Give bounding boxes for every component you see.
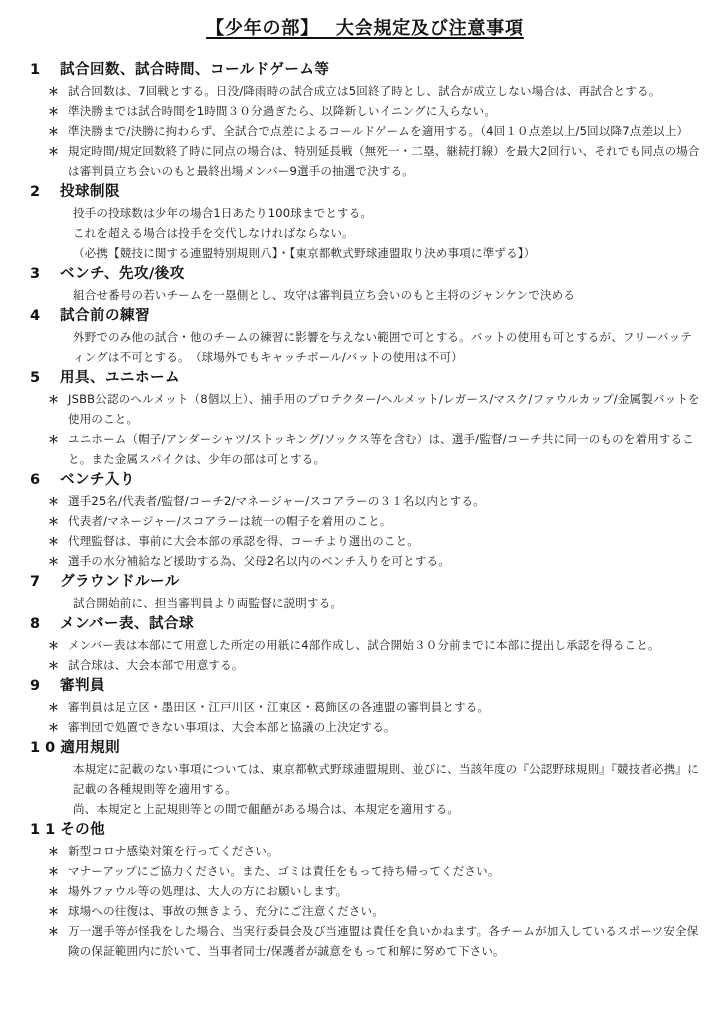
bullet-item: ＊ 万一選手等が怪我をした場合、当実行委員会及び当連盟は責任を負いかねます。各チ… [30, 921, 700, 961]
bullet-item: ＊ JSBB公認のヘルメット（8個以上）、捕手用のプロテクター/ヘルメット/レガ… [30, 389, 700, 429]
item-text: JSBB公認のヘルメット（8個以上）、捕手用のプロテクター/ヘルメット/レガース… [68, 392, 700, 426]
section-title: グラウンドルール [60, 572, 180, 593]
text-item: 本規定に記載のない事項については、東京都軟式野球連盟規則、並びに、当該年度の『公… [30, 759, 700, 799]
document-title: 【少年の部】 大会規定及び注意事項 [30, 14, 700, 40]
section-title: 用具、ユニホーム [60, 368, 180, 389]
section-title: 試合回数、試合時間、コールドゲーム等 [60, 60, 329, 81]
section-heading: 5 用具、ユニホーム [30, 368, 700, 389]
bullet-marker: ＊ [48, 82, 59, 102]
section-title: ベンチ、先攻/後攻 [60, 264, 185, 285]
bullet-marker: ＊ [48, 902, 59, 922]
section-heading: 7 グラウンドルール [30, 572, 700, 593]
bullet-item: ＊ 選手25名/代表者/監督/コーチ2/マネージャー/スコアラーの３１名以内とす… [30, 491, 700, 511]
bullet-marker: ＊ [48, 390, 59, 410]
bullet-item: ＊ 審判員は足立区・墨田区・江戸川区・江東区・葛飾区の各連盟の審判員とする。 [30, 697, 700, 717]
bullet-marker: ＊ [48, 552, 59, 572]
bullet-item: ＊ 選手の水分補給など援助する為、父母2名以内のベンチ入りを可とする。 [30, 551, 700, 571]
item-text: 審判団で処置できない事項は、大会本部と協議の上決定する。 [68, 720, 396, 734]
text-item: 尚、本規定と上記規則等との間で齟齬がある場合は、本規定を適用する。 [30, 799, 700, 819]
item-text: （必携【競技に関する連盟特別規則八】・【東京都軟式野球連盟取り決め事項に準ずる】… [73, 246, 535, 260]
text-item: 投手の投球数は少年の場合1日あたり100球までとする。 [30, 203, 700, 223]
item-text: 準決勝までは試合時間を1時間３０分過ぎたら、以降新しいイニングに入らない。 [68, 104, 496, 118]
section-heading: 9 審判員 [30, 676, 700, 697]
text-item: 外野でのみ他の試合・他のチームの練習に影響を与えない範囲で可とする。バットの使用… [30, 327, 700, 367]
item-text: 尚、本規定と上記規則等との間で齟齬がある場合は、本規定を適用する。 [73, 802, 459, 816]
section-items: ＊ 試合回数は、7回戦とする。日没/降雨時の試合成立は5回終了時とし、試合が成立… [30, 81, 700, 181]
bullet-marker: ＊ [48, 102, 59, 122]
bullet-marker: ＊ [48, 862, 59, 882]
section-heading: 2 投球制限 [30, 182, 700, 203]
section-items: 本規定に記載のない事項については、東京都軟式野球連盟規則、並びに、当該年度の『公… [30, 759, 700, 819]
bullet-marker: ＊ [48, 718, 59, 738]
section-title: 適用規則 [60, 738, 120, 759]
item-text: 規定時間/規定回数終了時に同点の場合は、特別延長戦（無死一・二塁、継続打線）を最… [68, 144, 700, 178]
section-items: 組合せ番号の若いチームを一塁側とし、攻守は審判員立ち会いのもと主将のジャンケンで… [30, 285, 700, 305]
section-heading: 11 その他 [30, 820, 700, 841]
section-heading: 3 ベンチ、先攻/後攻 [30, 264, 700, 285]
item-text: マナーアップにご協力ください。また、ゴミは責任をもって持ち帰ってください。 [68, 864, 500, 878]
section-items: ＊ メンバー表は本部にて用意した所定の用紙に4部作成し、試合開始３０分前までに本… [30, 635, 700, 675]
rule-section: 9 審判員 ＊ 審判員は足立区・墨田区・江戸川区・江東区・葛飾区の各連盟の審判員… [30, 676, 700, 737]
bullet-item: ＊ 審判団で処置できない事項は、大会本部と協議の上決定する。 [30, 717, 700, 737]
item-text: 試合球は、大会本部で用意する。 [68, 658, 244, 672]
section-number: 3 [30, 264, 60, 285]
section-number: 5 [30, 368, 60, 389]
bullet-marker: ＊ [48, 842, 59, 862]
section-items: ＊ 新型コロナ感染対策を行ってください。 ＊ マナーアップにご協力ください。また… [30, 841, 700, 961]
rule-section: 6 ベンチ入り ＊ 選手25名/代表者/監督/コーチ2/マネージャー/スコアラー… [30, 470, 700, 571]
section-items: 試合開始前に、担当審判員より両監督に説明する。 [30, 593, 700, 613]
item-text: 選手の水分補給など援助する為、父母2名以内のベンチ入りを可とする。 [68, 554, 450, 568]
item-text: 新型コロナ感染対策を行ってください。 [68, 844, 279, 858]
item-text: 代表者/マネージャー/スコアラーは統一の帽子を着用のこと。 [68, 514, 392, 528]
section-title: 審判員 [60, 676, 105, 697]
item-text: 投手の投球数は少年の場合1日あたり100球までとする。 [73, 206, 372, 220]
bullet-marker: ＊ [48, 656, 59, 676]
bullet-item: ＊ 球場への往復は、事故の無きよう、充分にご注意ください。 [30, 901, 700, 921]
section-number: 10 [30, 738, 60, 759]
section-number: 1 [30, 60, 60, 81]
bullet-item: ＊ 代表者/マネージャー/スコアラーは統一の帽子を着用のこと。 [30, 511, 700, 531]
bullet-item: ＊ メンバー表は本部にて用意した所定の用紙に4部作成し、試合開始３０分前までに本… [30, 635, 700, 655]
item-text: 外野でのみ他の試合・他のチームの練習に影響を与えない範囲で可とする。バットの使用… [73, 330, 692, 364]
sections-container: 1 試合回数、試合時間、コールドゲーム等 ＊ 試合回数は、7回戦とする。日没/降… [30, 60, 700, 961]
item-text: 球場への往復は、事故の無きよう、充分にご注意ください。 [68, 904, 384, 918]
bullet-marker: ＊ [48, 430, 59, 450]
item-text: 場外ファウル等の処理は、大人の方にお願いします。 [68, 884, 347, 898]
section-number: 11 [30, 820, 60, 841]
text-item: これを超える場合は投手を交代しなければならない。 [30, 223, 700, 243]
section-number: 7 [30, 572, 60, 593]
section-title: 投球制限 [60, 182, 120, 203]
section-items: ＊ JSBB公認のヘルメット（8個以上）、捕手用のプロテクター/ヘルメット/レガ… [30, 389, 700, 469]
section-number: 8 [30, 614, 60, 635]
section-heading: 10 適用規則 [30, 738, 700, 759]
bullet-marker: ＊ [48, 122, 59, 142]
item-text: 試合開始前に、担当審判員より両監督に説明する。 [73, 596, 342, 610]
section-number: 2 [30, 182, 60, 203]
rule-section: 4 試合前の練習 外野でのみ他の試合・他のチームの練習に影響を与えない範囲で可と… [30, 306, 700, 367]
item-text: 選手25名/代表者/監督/コーチ2/マネージャー/スコアラーの３１名以内とする。 [68, 494, 485, 508]
rule-section: 5 用具、ユニホーム ＊ JSBB公認のヘルメット（8個以上）、捕手用のプロテク… [30, 368, 700, 469]
item-text: 試合回数は、7回戦とする。日没/降雨時の試合成立は5回終了時とし、試合が成立しな… [68, 84, 660, 98]
item-text: ユニホーム（帽子/アンダーシャツ/ストッキング/ソックス等を含む）は、選手/監督… [68, 432, 694, 466]
text-item: 組合せ番号の若いチームを一塁側とし、攻守は審判員立ち会いのもと主将のジャンケンで… [30, 285, 700, 305]
section-items: 外野でのみ他の試合・他のチームの練習に影響を与えない範囲で可とする。バットの使用… [30, 327, 700, 367]
rule-section: 3 ベンチ、先攻/後攻 組合せ番号の若いチームを一塁側とし、攻守は審判員立ち会い… [30, 264, 700, 305]
rule-section: 11 その他 ＊ 新型コロナ感染対策を行ってください。 ＊ マナーアップにご協力… [30, 820, 700, 961]
section-items: ＊ 審判員は足立区・墨田区・江戸川区・江東区・葛飾区の各連盟の審判員とする。 ＊… [30, 697, 700, 737]
text-item: 試合開始前に、担当審判員より両監督に説明する。 [30, 593, 700, 613]
section-title: メンバー表、試合球 [60, 614, 194, 635]
bullet-marker: ＊ [48, 698, 59, 718]
item-text: 本規定に記載のない事項については、東京都軟式野球連盟規則、並びに、当該年度の『公… [73, 762, 699, 796]
item-text: 組合せ番号の若いチームを一塁側とし、攻守は審判員立ち会いのもと主将のジャンケンで… [73, 288, 575, 302]
rule-section: 2 投球制限 投手の投球数は少年の場合1日あたり100球までとする。 これを超え… [30, 182, 700, 263]
section-heading: 8 メンバー表、試合球 [30, 614, 700, 635]
item-text: 万一選手等が怪我をした場合、当実行委員会及び当連盟は責任を負いかねます。各チーム… [68, 924, 698, 958]
item-text: 審判員は足立区・墨田区・江戸川区・江東区・葛飾区の各連盟の審判員とする。 [68, 700, 489, 714]
bullet-marker: ＊ [48, 492, 59, 512]
section-number: 9 [30, 676, 60, 697]
section-items: ＊ 選手25名/代表者/監督/コーチ2/マネージャー/スコアラーの３１名以内とす… [30, 491, 700, 571]
section-items: 投手の投球数は少年の場合1日あたり100球までとする。 これを超える場合は投手を… [30, 203, 700, 263]
bullet-marker: ＊ [48, 882, 59, 902]
bullet-marker: ＊ [48, 532, 59, 552]
bullet-marker: ＊ [48, 512, 59, 532]
rule-section: 1 試合回数、試合時間、コールドゲーム等 ＊ 試合回数は、7回戦とする。日没/降… [30, 60, 700, 181]
bullet-item: ＊ 新型コロナ感染対策を行ってください。 [30, 841, 700, 861]
item-text: メンバー表は本部にて用意した所定の用紙に4部作成し、試合開始３０分前までに本部に… [68, 638, 660, 652]
bullet-item: ＊ 規定時間/規定回数終了時に同点の場合は、特別延長戦（無死一・二塁、継続打線）… [30, 141, 700, 181]
bullet-item: ＊ 代理監督は、事前に大会本部の承認を得、コーチより選出のこと。 [30, 531, 700, 551]
section-number: 6 [30, 470, 60, 491]
bullet-marker: ＊ [48, 636, 59, 656]
document-page: 【少年の部】 大会規定及び注意事項 1 試合回数、試合時間、コールドゲーム等 ＊… [0, 0, 724, 1024]
item-text: 準決勝まで/決勝に拘わらず、全試合で点差によるコールドゲームを適用する。（4回１… [68, 124, 688, 138]
section-heading: 6 ベンチ入り [30, 470, 700, 491]
item-text: 代理監督は、事前に大会本部の承認を得、コーチより選出のこと。 [68, 534, 419, 548]
section-title: 試合前の練習 [60, 306, 150, 327]
bullet-item: ＊ マナーアップにご協力ください。また、ゴミは責任をもって持ち帰ってください。 [30, 861, 700, 881]
bullet-item: ＊ 場外ファウル等の処理は、大人の方にお願いします。 [30, 881, 700, 901]
bullet-marker: ＊ [48, 142, 59, 162]
rule-section: 7 グラウンドルール 試合開始前に、担当審判員より両監督に説明する。 [30, 572, 700, 613]
rule-section: 8 メンバー表、試合球 ＊ メンバー表は本部にて用意した所定の用紙に4部作成し、… [30, 614, 700, 675]
section-title: ベンチ入り [60, 470, 135, 491]
section-heading: 1 試合回数、試合時間、コールドゲーム等 [30, 60, 700, 81]
bullet-item: ＊ 試合球は、大会本部で用意する。 [30, 655, 700, 675]
rule-section: 10 適用規則 本規定に記載のない事項については、東京都軟式野球連盟規則、並びに… [30, 738, 700, 819]
bullet-item: ＊ 準決勝までは試合時間を1時間３０分過ぎたら、以降新しいイニングに入らない。 [30, 101, 700, 121]
bullet-item: ＊ 準決勝まで/決勝に拘わらず、全試合で点差によるコールドゲームを適用する。（4… [30, 121, 700, 141]
item-text: これを超える場合は投手を交代しなければならない。 [73, 226, 354, 240]
bullet-marker: ＊ [48, 922, 59, 942]
bullet-item: ＊ ユニホーム（帽子/アンダーシャツ/ストッキング/ソックス等を含む）は、選手/… [30, 429, 700, 469]
text-item: （必携【競技に関する連盟特別規則八】・【東京都軟式野球連盟取り決め事項に準ずる】… [30, 243, 700, 263]
section-heading: 4 試合前の練習 [30, 306, 700, 327]
section-title: その他 [60, 820, 105, 841]
section-number: 4 [30, 306, 60, 327]
bullet-item: ＊ 試合回数は、7回戦とする。日没/降雨時の試合成立は5回終了時とし、試合が成立… [30, 81, 700, 101]
